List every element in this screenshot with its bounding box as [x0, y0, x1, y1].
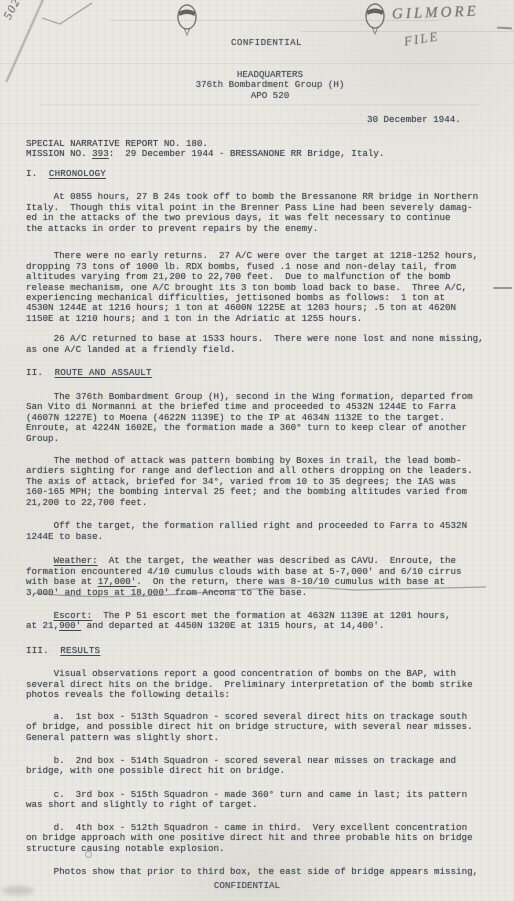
section-heading-route: II. ROUTE AND ASSAULT: [26, 368, 500, 378]
section-number: II.: [26, 367, 55, 378]
scan-streak: [40, 104, 480, 105]
weather-altitude: 17,000': [98, 576, 137, 587]
section-heading-chronology: I. CHRONOLOGY: [26, 169, 500, 179]
section-number: III.: [26, 645, 60, 656]
hq-line-apo: APO 520: [130, 91, 410, 101]
paragraph-photos: Photos show that prior to third box, the…: [26, 867, 500, 877]
paragraph-visual-observations: Visual observations report a good concen…: [26, 669, 500, 700]
paragraph-over-target: There were no early returns. 27 A/C were…: [26, 251, 500, 324]
handwritten-file-note: FILE: [403, 31, 440, 47]
escort-altitude: 900': [59, 620, 81, 631]
document-date: 30 December 1944.: [367, 115, 461, 125]
weather-label: Weather:: [54, 555, 98, 566]
paragraph-returned: 26 A/C returned to base at 1533 hours. T…: [26, 334, 500, 355]
paragraph-takeoff: At 0855 hours, 27 B 24s took off to bomb…: [26, 192, 500, 234]
section-number: I.: [26, 168, 49, 179]
pencil-checkmark: [40, 0, 95, 26]
scan-streak: [0, 63, 514, 64]
scan-streak: [0, 123, 380, 124]
handwritten-corner-number: 5023: [2, 0, 25, 21]
paragraph-rally: Off the target, the formation rallied ri…: [26, 521, 500, 542]
classification-top: CONFIDENTIAL: [231, 38, 302, 48]
result-item-b: b. 2nd box - 514th Squadron - scored sev…: [26, 756, 500, 777]
paragraph-route: The 376th Bombardment Group (H), second …: [26, 392, 500, 444]
document-body: SPECIAL NARRATIVE REPORT NO. 180.MISSION…: [26, 139, 500, 878]
document-page: 5023 GILMORE FILE CONFIDENTIAL HEADQUART…: [0, 0, 514, 901]
punch-hole-mark: [363, 1, 387, 35]
pencil-dash: [497, 27, 512, 30]
result-item-c: c. 3rd box - 515th Squadron - made 360° …: [26, 790, 500, 811]
result-item-d: d. 4th box - 512th Squadron - came in th…: [26, 823, 500, 854]
paragraph-escort: Escort: The P 51 escort met the formatio…: [26, 611, 500, 632]
scan-streak: [300, 31, 514, 32]
paragraph-weather: Weather: At the target, the weather was …: [26, 556, 500, 598]
section-title: RESULTS: [60, 645, 100, 656]
classification-bottom: CONFIDENTIAL: [0, 881, 494, 891]
punch-hole-mark: [175, 2, 199, 36]
paragraph-method: The method of attack was pattern bombing…: [26, 456, 500, 508]
mission-number: 393: [92, 148, 109, 159]
weather-indent: [26, 555, 54, 566]
section-title: ROUTE AND ASSAULT: [55, 367, 152, 378]
mission-line: MISSION NO. 393: 29 December 1944 - BRES…: [26, 149, 500, 159]
mission-rest: : 29 December 1944 - BRESSANONE RR Bridg…: [109, 148, 385, 159]
escort-text: and departed at 4450N 1320E at 1315 hour…: [81, 620, 384, 631]
section-heading-results: III. RESULTS: [26, 646, 500, 656]
mission-prefix: MISSION NO.: [26, 148, 92, 159]
section-title: CHRONOLOGY: [49, 168, 106, 179]
headquarters-block: HEADQUARTERS376th Bombardment Group (H)A…: [130, 70, 410, 101]
handwritten-name: GILMORE: [392, 6, 479, 19]
scan-streak: [110, 20, 440, 21]
result-item-a: a. 1st box - 513th Squadron - scored sev…: [26, 712, 500, 743]
